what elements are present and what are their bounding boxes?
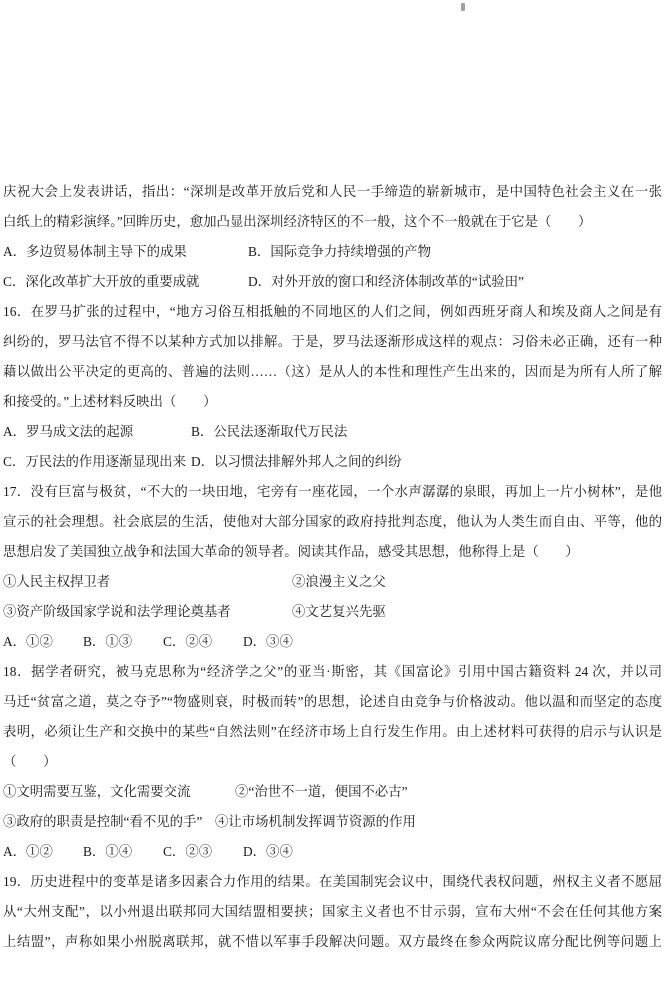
q19-stem-line-3: 上结盟”，声称如果小州脱离联邦，就不惜以军事手段解决问题。双方最终在参众两院议席… bbox=[3, 927, 662, 957]
q17-stem-line-3: 思想启发了美国独立战争和法国大革命的领导者。阅读其作品，感受其思想，他称得上是（… bbox=[3, 537, 662, 567]
q16-option-a: A．罗马成文法的起源 bbox=[3, 417, 191, 447]
q18-item-3: ③政府的职责是控制“看不见的手” bbox=[3, 807, 215, 837]
exam-document: 庆祝大会上发表讲话，指出：“深圳是改革开放后党和人民一手缔造的崭新城市，是中国特… bbox=[3, 177, 662, 957]
q19-stem-line-2: 从“大州支配”，以小州退出联邦同大国结盟相要挟；国家主义者也不甘示弱，宣布大州“… bbox=[3, 897, 662, 927]
q18-stem-line-1: 18．据学者研究，被马克思称为“经济学之父”的亚当·斯密，其《国富论》引用中国古… bbox=[3, 657, 662, 687]
q17-answer-a: A．①② bbox=[3, 627, 83, 657]
q18-items-row-2: ③政府的职责是控制“看不见的手” ④让市场机制发挥调节资源的作用 bbox=[3, 807, 662, 837]
q17-items-row-2: ③资产阶级国家学说和法学理论奠基者 ④文艺复兴先驱 bbox=[3, 597, 662, 627]
q16-stem-line-3: 藉以做出公平决定的更高的、普遍的法则……（这）是从人的本性和理性产生出来的，因而… bbox=[3, 357, 662, 387]
q16-stem-line-1: 16．在罗马扩张的过程中，“地方习俗互相抵触的不同地区的人们之间，例如西班牙商人… bbox=[3, 297, 662, 327]
q15-option-c: C．深化改革扩大开放的重要成就 bbox=[3, 267, 248, 297]
q17-answer-d: D．③④ bbox=[243, 627, 293, 657]
q15-options-row-1: A．多边贸易体制主导下的成果 B．国际竞争力持续增强的产物 bbox=[3, 237, 662, 267]
q18-answer-c: C．②③ bbox=[163, 837, 243, 867]
q18-stem-line-2: 马迁“贫富之道，莫之夺予”“物盛则衰，时极而转”的思想，论述自由竞争与价格波动。… bbox=[3, 687, 662, 717]
q15-stem-line-2: 白纸上的精彩演绎。”回眸历史，愈加凸显出深圳经济特区的不一般，这个不一般就在于它… bbox=[3, 207, 662, 237]
q16-stem-line-2: 纠纷的，罗马法官不得不以某种方式加以排解。于是，罗马法逐渐形成这样的观点：习俗未… bbox=[3, 327, 662, 357]
q18-items-row-1: ①文明需要互鉴，文化需要交流 ②“治世不一道，便国不必古” bbox=[3, 777, 662, 807]
q17-answer-c: C．②④ bbox=[163, 627, 243, 657]
q15-option-d: D．对外开放的窗口和经济体制改革的“试验田” bbox=[248, 267, 524, 297]
q17-stem-line-2: 宣示的社会理想。社会底层的生活，使他对大部分国家的政府持批判态度，他认为人类生而… bbox=[3, 507, 662, 537]
q18-stem-line-3: 表明，必须让生产和交换中的某些“自然法则”在经济市场上自行发生作用。由上述材料可… bbox=[3, 717, 662, 747]
q17-answer-b: B．①③ bbox=[83, 627, 163, 657]
q18-item-1: ①文明需要互鉴，文化需要交流 bbox=[3, 777, 235, 807]
q18-item-2: ②“治世不一道，便国不必古” bbox=[235, 777, 408, 807]
q15-stem-line-1: 庆祝大会上发表讲话，指出：“深圳是改革开放后党和人民一手缔造的崭新城市，是中国特… bbox=[3, 177, 662, 207]
q16-options-row-2: C．万民法的作用逐渐显现出来 D．以习惯法排解外邦人之间的纠纷 bbox=[3, 447, 662, 477]
q16-option-c: C．万民法的作用逐渐显现出来 bbox=[3, 447, 191, 477]
q15-option-b: B．国际竞争力持续增强的产物 bbox=[248, 237, 431, 267]
q17-answers-row: A．①② B．①③ C．②④ D．③④ bbox=[3, 627, 662, 657]
q16-option-d: D．以习惯法排解外邦人之间的纠纷 bbox=[191, 447, 402, 477]
q17-item-4: ④文艺复兴先驱 bbox=[292, 597, 386, 627]
q16-options-row-1: A．罗马成文法的起源 B．公民法逐渐取代万民法 bbox=[3, 417, 662, 447]
q16-option-b: B．公民法逐渐取代万民法 bbox=[191, 417, 347, 447]
q17-stem-line-1: 17．没有巨富与极贫，“不大的一块田地，宅旁有一座花园，一个水声潺潺的泉眼，再加… bbox=[3, 477, 662, 507]
q17-item-2: ②浪漫主义之父 bbox=[292, 567, 386, 597]
q17-items-row-1: ①人民主权捍卫者 ②浪漫主义之父 bbox=[3, 567, 662, 597]
q18-answer-b: B．①④ bbox=[83, 837, 163, 867]
q15-options-row-2: C．深化改革扩大开放的重要成就 D．对外开放的窗口和经济体制改革的“试验田” bbox=[3, 267, 662, 297]
exam-page: 庆祝大会上发表讲话，指出：“深圳是改革开放后党和人民一手缔造的崭新城市，是中国特… bbox=[0, 0, 665, 988]
q18-answer-a: A．①② bbox=[3, 837, 83, 867]
q15-option-a: A．多边贸易体制主导下的成果 bbox=[3, 237, 248, 267]
q18-answer-d: D．③④ bbox=[243, 837, 293, 867]
q16-stem-line-4: 和接受的。”上述材料反映出（ ） bbox=[3, 387, 662, 417]
q17-item-3: ③资产阶级国家学说和法学理论奠基者 bbox=[3, 597, 292, 627]
q18-answers-row: A．①② B．①④ C．②③ D．③④ bbox=[3, 837, 662, 867]
q18-stem-line-4: （ ） bbox=[3, 747, 662, 777]
q17-item-1: ①人民主权捍卫者 bbox=[3, 567, 292, 597]
q19-stem-line-1: 19．历史进程中的变革是诸多因素合力作用的结果。在美国制宪会议中，围绕代表权问题… bbox=[3, 867, 662, 897]
scan-artifact-speck bbox=[461, 3, 465, 11]
q18-item-4: ④让市场机制发挥调节资源的作用 bbox=[215, 807, 416, 837]
